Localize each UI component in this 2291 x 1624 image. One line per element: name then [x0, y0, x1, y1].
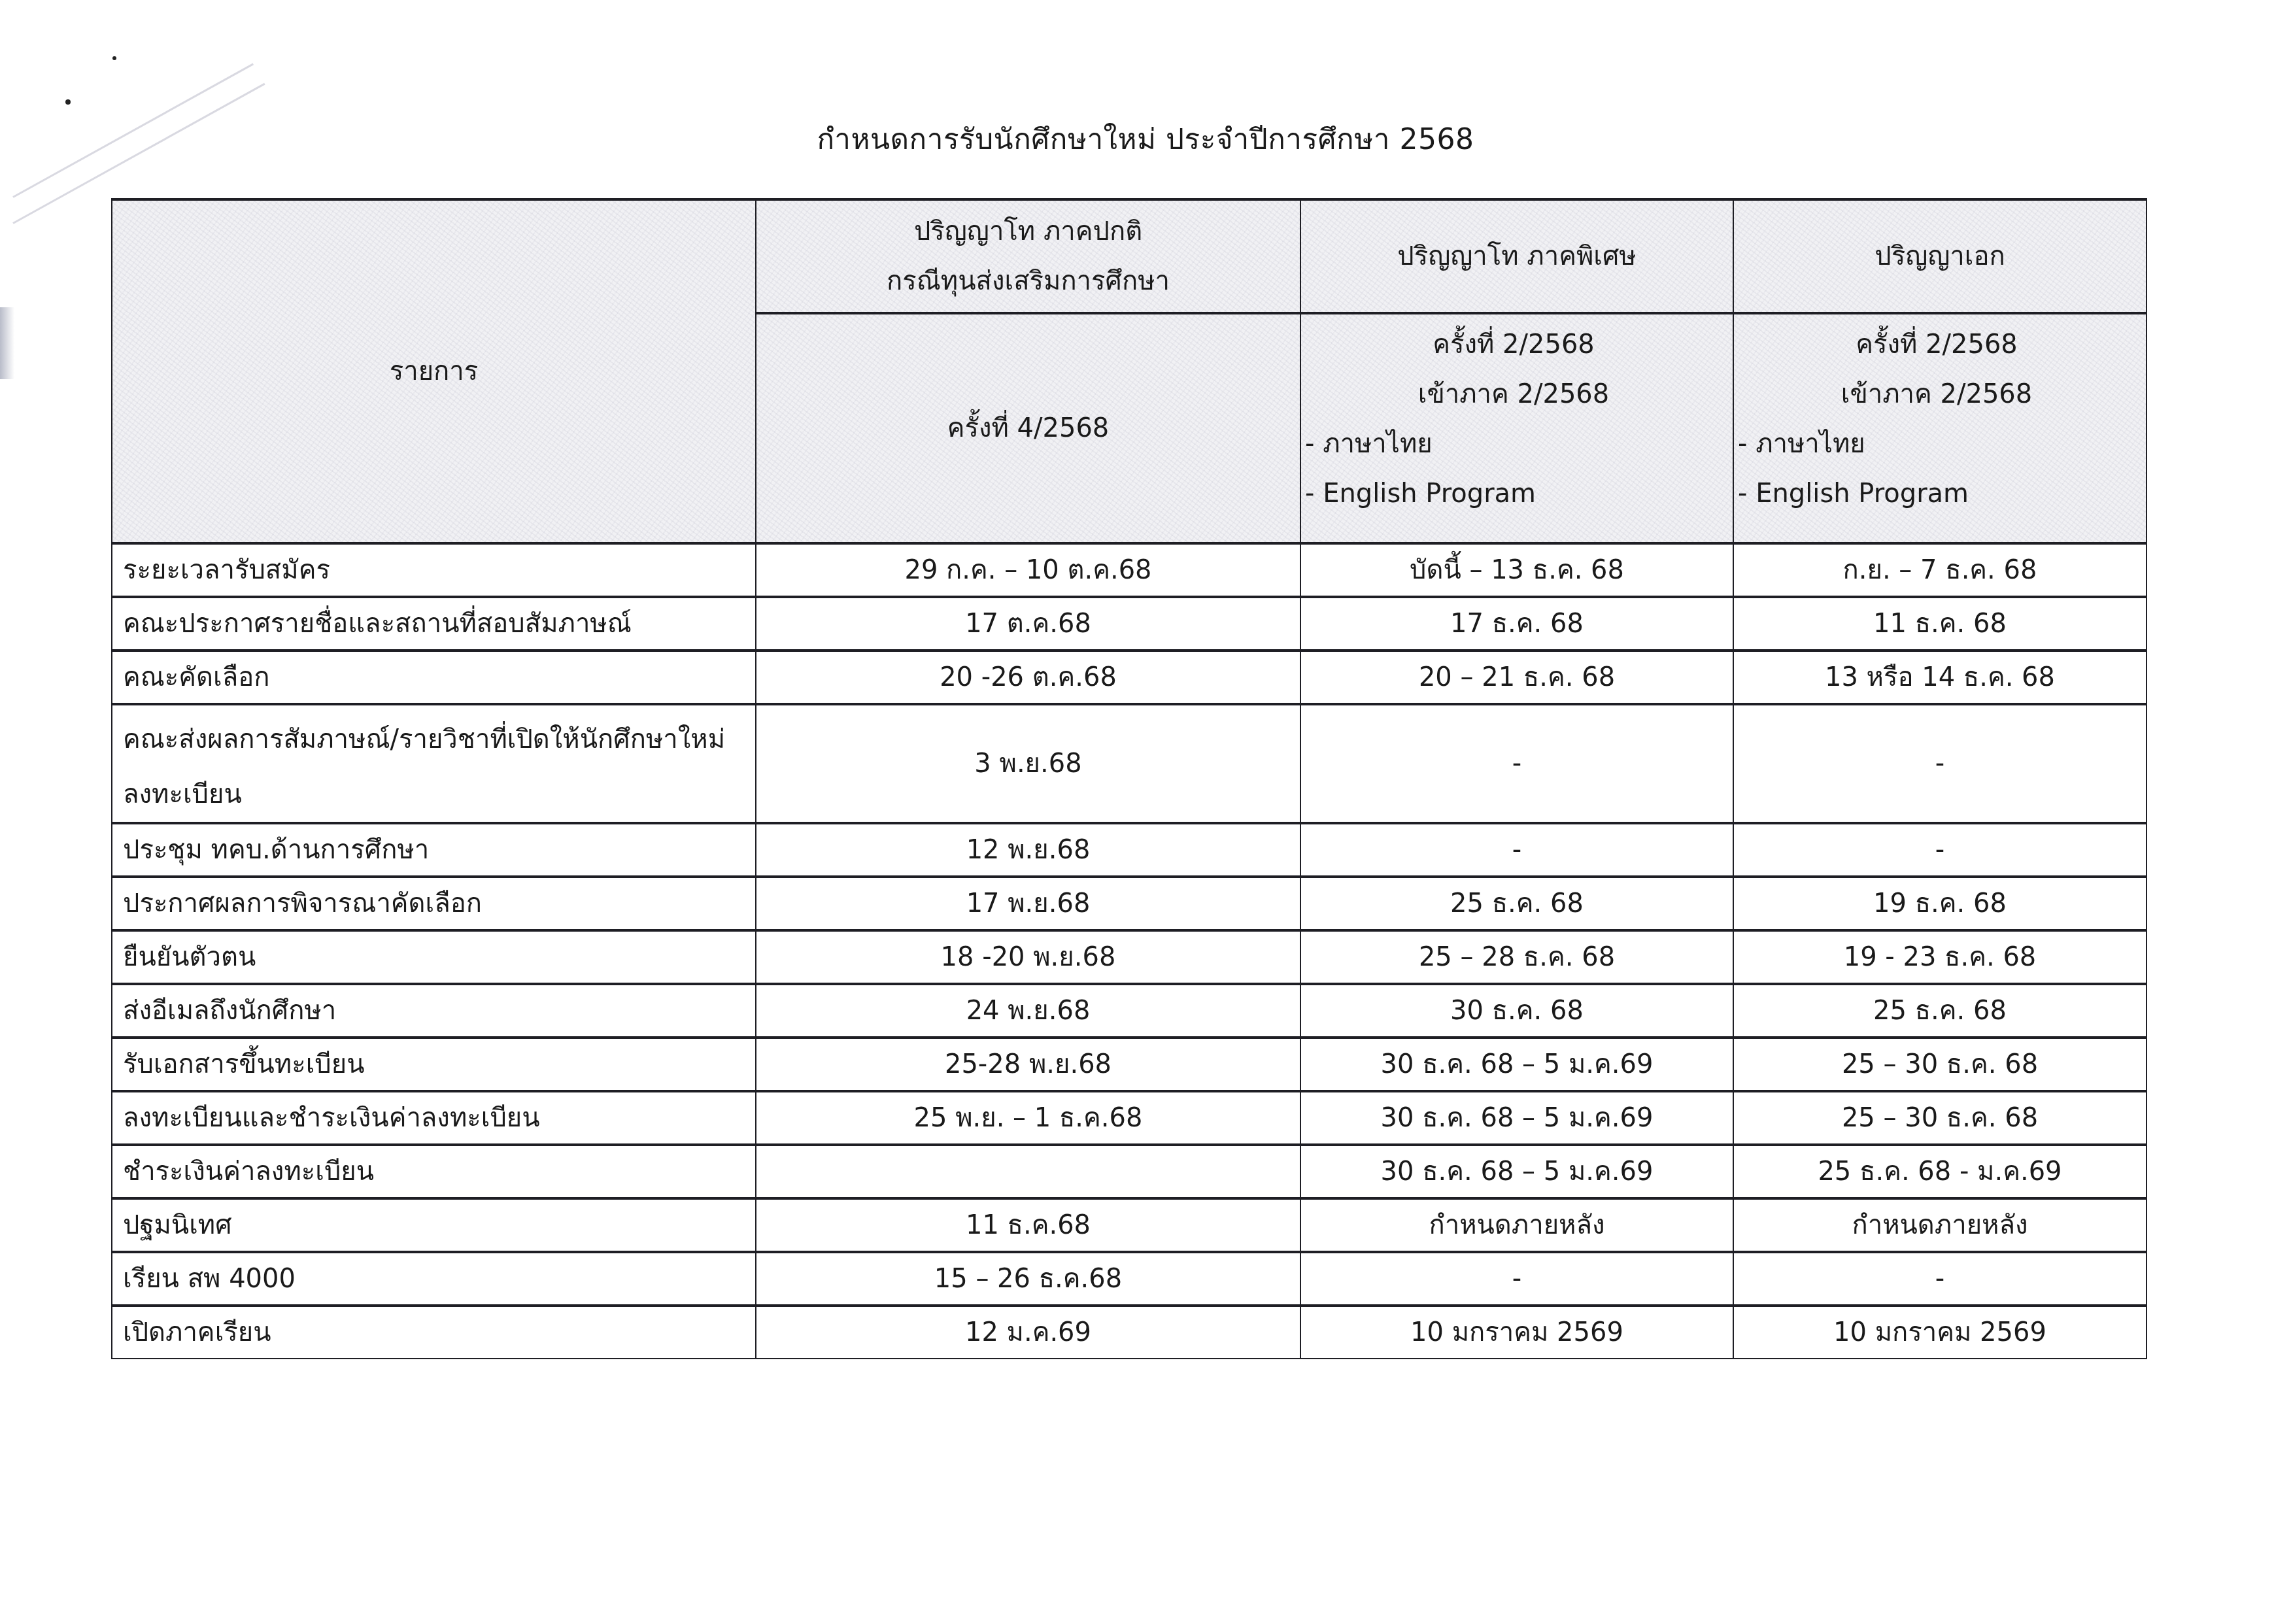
schedule-cell: 25 – 28 ธ.ค. 68	[1300, 930, 1733, 984]
schedule-cell: กำหนดภายหลัง	[1300, 1198, 1733, 1252]
schedule-cell: 10 มกราคม 2569	[1733, 1306, 2147, 1359]
table-row: ส่งอีเมลถึงนักศึกษา24 พ.ย.6830 ธ.ค. 6825…	[112, 984, 2147, 1038]
scan-edge-shadow	[0, 307, 14, 379]
schedule-cell: 15 – 26 ธ.ค.68	[756, 1252, 1300, 1306]
schedule-cell: 19 - 23 ธ.ค. 68	[1733, 930, 2147, 984]
table-row: เรียน สพ 400015 – 26 ธ.ค.68--	[112, 1252, 2147, 1306]
schedule-cell: 20 – 21 ธ.ค. 68	[1300, 651, 1733, 704]
schedule-cell	[756, 1145, 1300, 1198]
round-header-program-0: ครั้งที่ 4/2568	[756, 313, 1300, 543]
row-item-label: ส่งอีเมลถึงนักศึกษา	[112, 984, 756, 1038]
schedule-cell: 12 ม.ค.69	[756, 1306, 1300, 1359]
table-row: คณะประกาศรายชื่อและสถานที่สอบสัมภาษณ์17 …	[112, 597, 2147, 651]
schedule-cell: 25 ธ.ค. 68	[1733, 984, 2147, 1038]
schedule-cell: 25-28 พ.ย.68	[756, 1038, 1300, 1091]
track-label: - English Program	[1738, 469, 2135, 518]
round-label: ครั้งที่ 2/2568	[1305, 320, 1722, 369]
schedule-cell: 30 ธ.ค. 68 – 5 ม.ค.69	[1300, 1145, 1733, 1198]
column-header-program-2: ปริญญาเอก	[1733, 199, 2147, 313]
schedule-cell: 25 – 30 ธ.ค. 68	[1733, 1038, 2147, 1091]
round-label: ครั้งที่ 4/2568	[767, 403, 1289, 453]
row-item-label: ชำระเงินค่าลงทะเบียน	[112, 1145, 756, 1198]
column-header-program-0: ปริญญาโท ภาคปกติกรณีทุนส่งเสริมการศึกษา	[756, 199, 1300, 313]
item-header-label: รายการ	[390, 356, 479, 386]
program-name-line: ปริญญาเอก	[1744, 231, 2135, 281]
row-item-label: ลงทะเบียนและชำระเงินค่าลงทะเบียน	[112, 1091, 756, 1145]
schedule-cell: 3 พ.ย.68	[756, 704, 1300, 823]
schedule-cell: 25 พ.ย. – 1 ธ.ค.68	[756, 1091, 1300, 1145]
row-item-label: ยืนยันตัวตน	[112, 930, 756, 984]
schedule-cell: 25 ธ.ค. 68	[1300, 877, 1733, 930]
schedule-cell: 20 -26 ต.ค.68	[756, 651, 1300, 704]
table-row: รับเอกสารขึ้นทะเบียน25-28 พ.ย.6830 ธ.ค. …	[112, 1038, 2147, 1091]
table-row: ชำระเงินค่าลงทะเบียน30 ธ.ค. 68 – 5 ม.ค.6…	[112, 1145, 2147, 1198]
schedule-cell: 25 ธ.ค. 68 - ม.ค.69	[1733, 1145, 2147, 1198]
schedule-cell: 17 พ.ย.68	[756, 877, 1300, 930]
program-name-line: ปริญญาโท ภาคพิเศษ	[1312, 231, 1722, 281]
schedule-cell: 10 มกราคม 2569	[1300, 1306, 1733, 1359]
table-row: ประกาศผลการพิจารณาคัดเลือก17 พ.ย.6825 ธ.…	[112, 877, 2147, 930]
scan-speck	[65, 99, 71, 105]
row-item-label: คณะส่งผลการสัมภาษณ์/รายวิชาที่เปิดให้นัก…	[112, 704, 756, 823]
schedule-cell: 17 ธ.ค. 68	[1300, 597, 1733, 651]
row-item-label: ประชุม ทคบ.ด้านการศึกษา	[112, 823, 756, 877]
row-item-label: รับเอกสารขึ้นทะเบียน	[112, 1038, 756, 1091]
row-item-label: ระยะเวลารับสมัคร	[112, 543, 756, 597]
schedule-cell: 18 -20 พ.ย.68	[756, 930, 1300, 984]
table-row: ปฐมนิเทศ11 ธ.ค.68กำหนดภายหลังกำหนดภายหลั…	[112, 1198, 2147, 1252]
schedule-cell: บัดนี้ – 13 ธ.ค. 68	[1300, 543, 1733, 597]
document-title: กำหนดการรับนักศึกษาใหม่ ประจำปีการศึกษา …	[0, 116, 2291, 162]
round-label: ครั้งที่ 2/2568	[1738, 320, 2135, 369]
schedule-cell: 24 พ.ย.68	[756, 984, 1300, 1038]
row-item-label: ประกาศผลการพิจารณาคัดเลือก	[112, 877, 756, 930]
table-row: เปิดภาคเรียน12 ม.ค.6910 มกราคม 256910 มก…	[112, 1306, 2147, 1359]
row-item-label: เรียน สพ 4000	[112, 1252, 756, 1306]
table-row: คณะส่งผลการสัมภาษณ์/รายวิชาที่เปิดให้นัก…	[112, 704, 2147, 823]
schedule-cell: -	[1300, 704, 1733, 823]
schedule-cell: 29 ก.ค. – 10 ต.ค.68	[756, 543, 1300, 597]
schedule-cell: 12 พ.ย.68	[756, 823, 1300, 877]
row-item-label: คณะประกาศรายชื่อและสถานที่สอบสัมภาษณ์	[112, 597, 756, 651]
schedule-cell: 30 ธ.ค. 68 – 5 ม.ค.69	[1300, 1091, 1733, 1145]
track-label: - ภาษาไทย	[1738, 419, 2135, 469]
table-row: ยืนยันตัวตน18 -20 พ.ย.6825 – 28 ธ.ค. 681…	[112, 930, 2147, 984]
column-header-program-1: ปริญญาโท ภาคพิเศษ	[1300, 199, 1733, 313]
table-row: คณะคัดเลือก20 -26 ต.ค.6820 – 21 ธ.ค. 681…	[112, 651, 2147, 704]
schedule-cell: 13 หรือ 14 ธ.ค. 68	[1733, 651, 2147, 704]
schedule-cell: 11 ธ.ค. 68	[1733, 597, 2147, 651]
round-header-program-1: ครั้งที่ 2/2568เข้าภาค 2/2568- ภาษาไทย- …	[1300, 313, 1733, 543]
track-label: - English Program	[1305, 469, 1722, 518]
schedule-cell: -	[1300, 1252, 1733, 1306]
round-header-program-2: ครั้งที่ 2/2568เข้าภาค 2/2568- ภาษาไทย- …	[1733, 313, 2147, 543]
row-item-label: ปฐมนิเทศ	[112, 1198, 756, 1252]
schedule-cell: 25 – 30 ธ.ค. 68	[1733, 1091, 2147, 1145]
row-item-label: คณะคัดเลือก	[112, 651, 756, 704]
schedule-cell: กำหนดภายหลัง	[1733, 1198, 2147, 1252]
admission-schedule-table: รายการ ปริญญาโท ภาคปกติกรณีทุนส่งเสริมกา…	[111, 198, 2147, 1359]
schedule-cell: 30 ธ.ค. 68 – 5 ม.ค.69	[1300, 1038, 1733, 1091]
table-row: ระยะเวลารับสมัคร29 ก.ค. – 10 ต.ค.68บัดนี…	[112, 543, 2147, 597]
schedule-cell: -	[1733, 704, 2147, 823]
round-label: เข้าภาค 2/2568	[1738, 369, 2135, 419]
schedule-cell: -	[1733, 1252, 2147, 1306]
schedule-cell: 17 ต.ค.68	[756, 597, 1300, 651]
schedule-cell: 11 ธ.ค.68	[756, 1198, 1300, 1252]
schedule-cell: 19 ธ.ค. 68	[1733, 877, 2147, 930]
table-row: ลงทะเบียนและชำระเงินค่าลงทะเบียน25 พ.ย. …	[112, 1091, 2147, 1145]
row-item-label: เปิดภาคเรียน	[112, 1306, 756, 1359]
schedule-cell: 30 ธ.ค. 68	[1300, 984, 1733, 1038]
column-header-item: รายการ	[112, 199, 756, 543]
schedule-cell: -	[1733, 823, 2147, 877]
program-name-line: กรณีทุนส่งเสริมการศึกษา	[767, 256, 1289, 306]
scan-speck	[112, 56, 116, 60]
program-name-line: ปริญญาโท ภาคปกติ	[767, 207, 1289, 256]
table-row: ประชุม ทคบ.ด้านการศึกษา12 พ.ย.68--	[112, 823, 2147, 877]
schedule-cell: -	[1300, 823, 1733, 877]
round-label: เข้าภาค 2/2568	[1305, 369, 1722, 419]
schedule-body: ระยะเวลารับสมัคร29 ก.ค. – 10 ต.ค.68บัดนี…	[112, 543, 2147, 1359]
track-label: - ภาษาไทย	[1305, 419, 1722, 469]
schedule-cell: ก.ย. – 7 ธ.ค. 68	[1733, 543, 2147, 597]
